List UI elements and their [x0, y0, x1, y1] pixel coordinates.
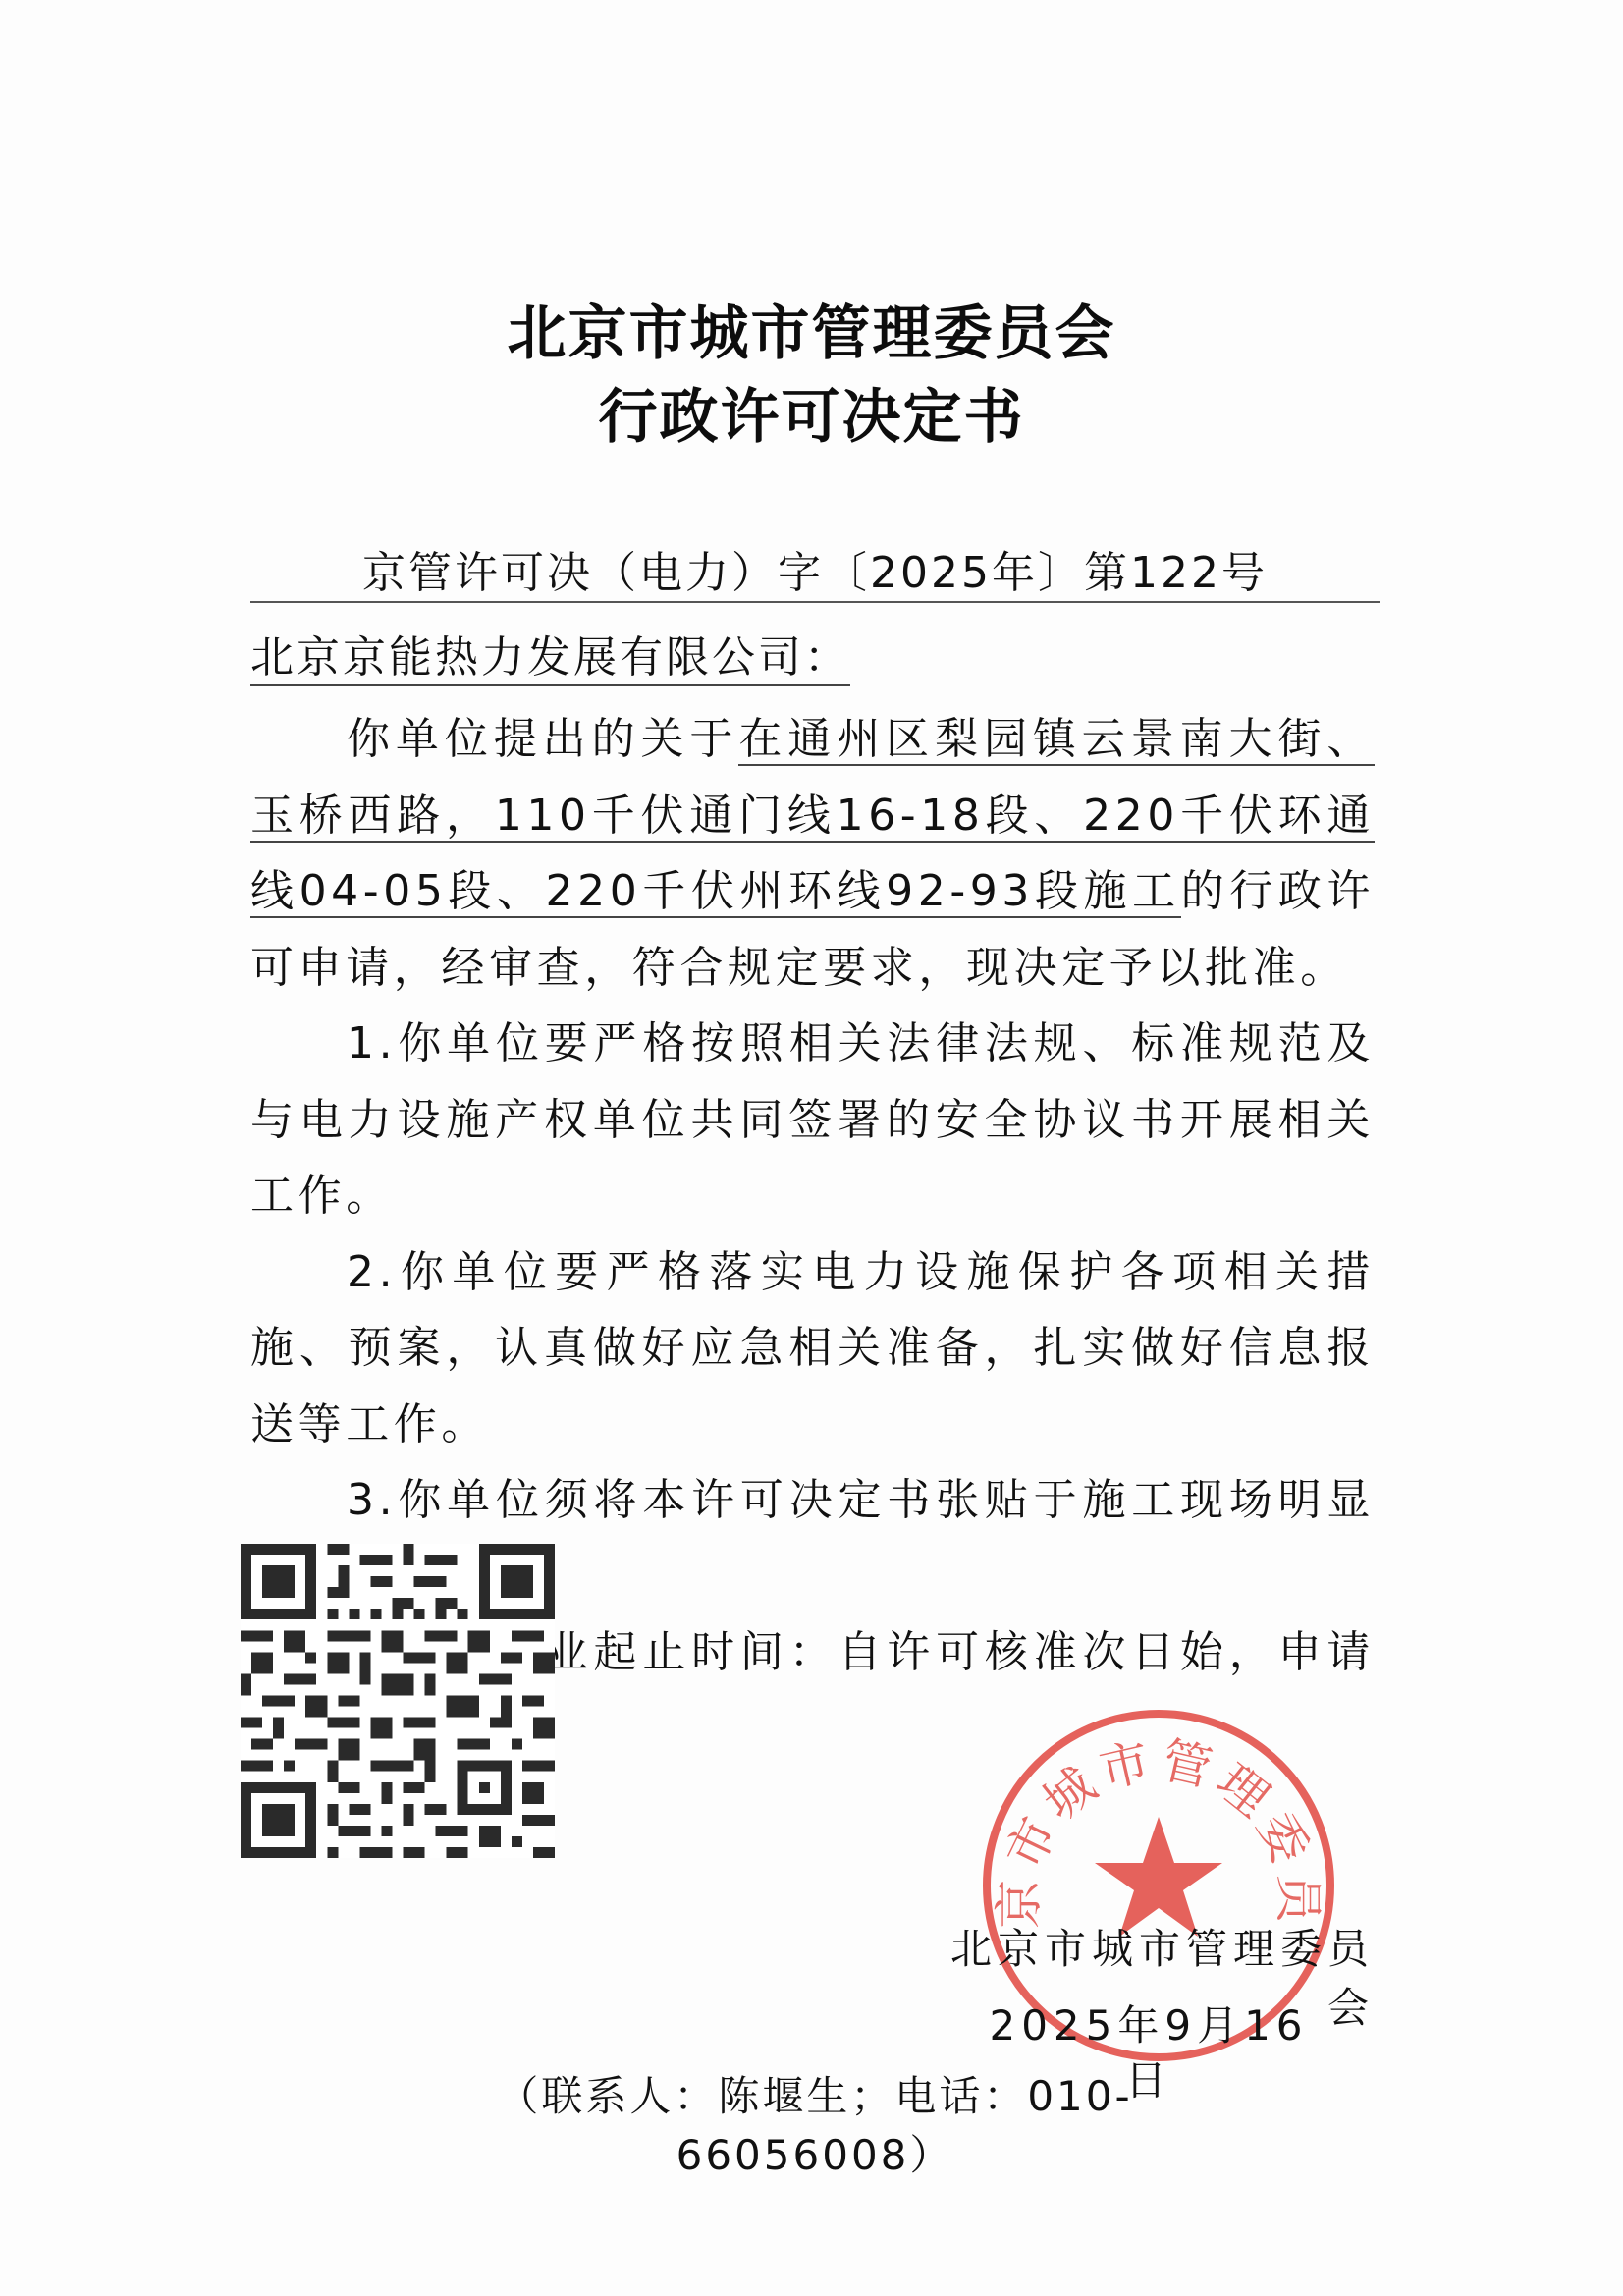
condition-item-1: 1.你单位要严格按照相关法律法规、标准规范及与电力设施产权单位共同签署的安全协议… [250, 1006, 1375, 1234]
condition-item-2: 2.你单位要严格落实电力设施保护各项相关措施、预案，认真做好应急相关准备，扎实做… [250, 1234, 1375, 1463]
header-divider [250, 601, 1380, 603]
intro-prefix: 你单位提出的关于 [347, 714, 738, 764]
document-title-issuer: 北京市城市管理委员会 [0, 295, 1623, 373]
document-page: 北京市城市管理委员会 行政许可决定书 京管许可决（电力）字〔2025年〕第122… [0, 0, 1623, 2296]
document-title-type: 行政许可决定书 [0, 378, 1623, 457]
addressee-name: 北京京能热力发展有限公司： [250, 632, 850, 686]
contact-info: （联系人：陈堰生；电话：010-66056008） [373, 2067, 1257, 2185]
qr-code-icon[interactable] [241, 1544, 555, 1858]
addressee: 北京京能热力发展有限公司： [250, 629, 850, 687]
decision-intro: 你单位提出的关于在通州区梨园镇云景南大街、玉桥西路，110千伏通门线16-18段… [250, 701, 1375, 1006]
document-number: 京管许可决（电力）字〔2025年〕第122号 [250, 546, 1380, 601]
